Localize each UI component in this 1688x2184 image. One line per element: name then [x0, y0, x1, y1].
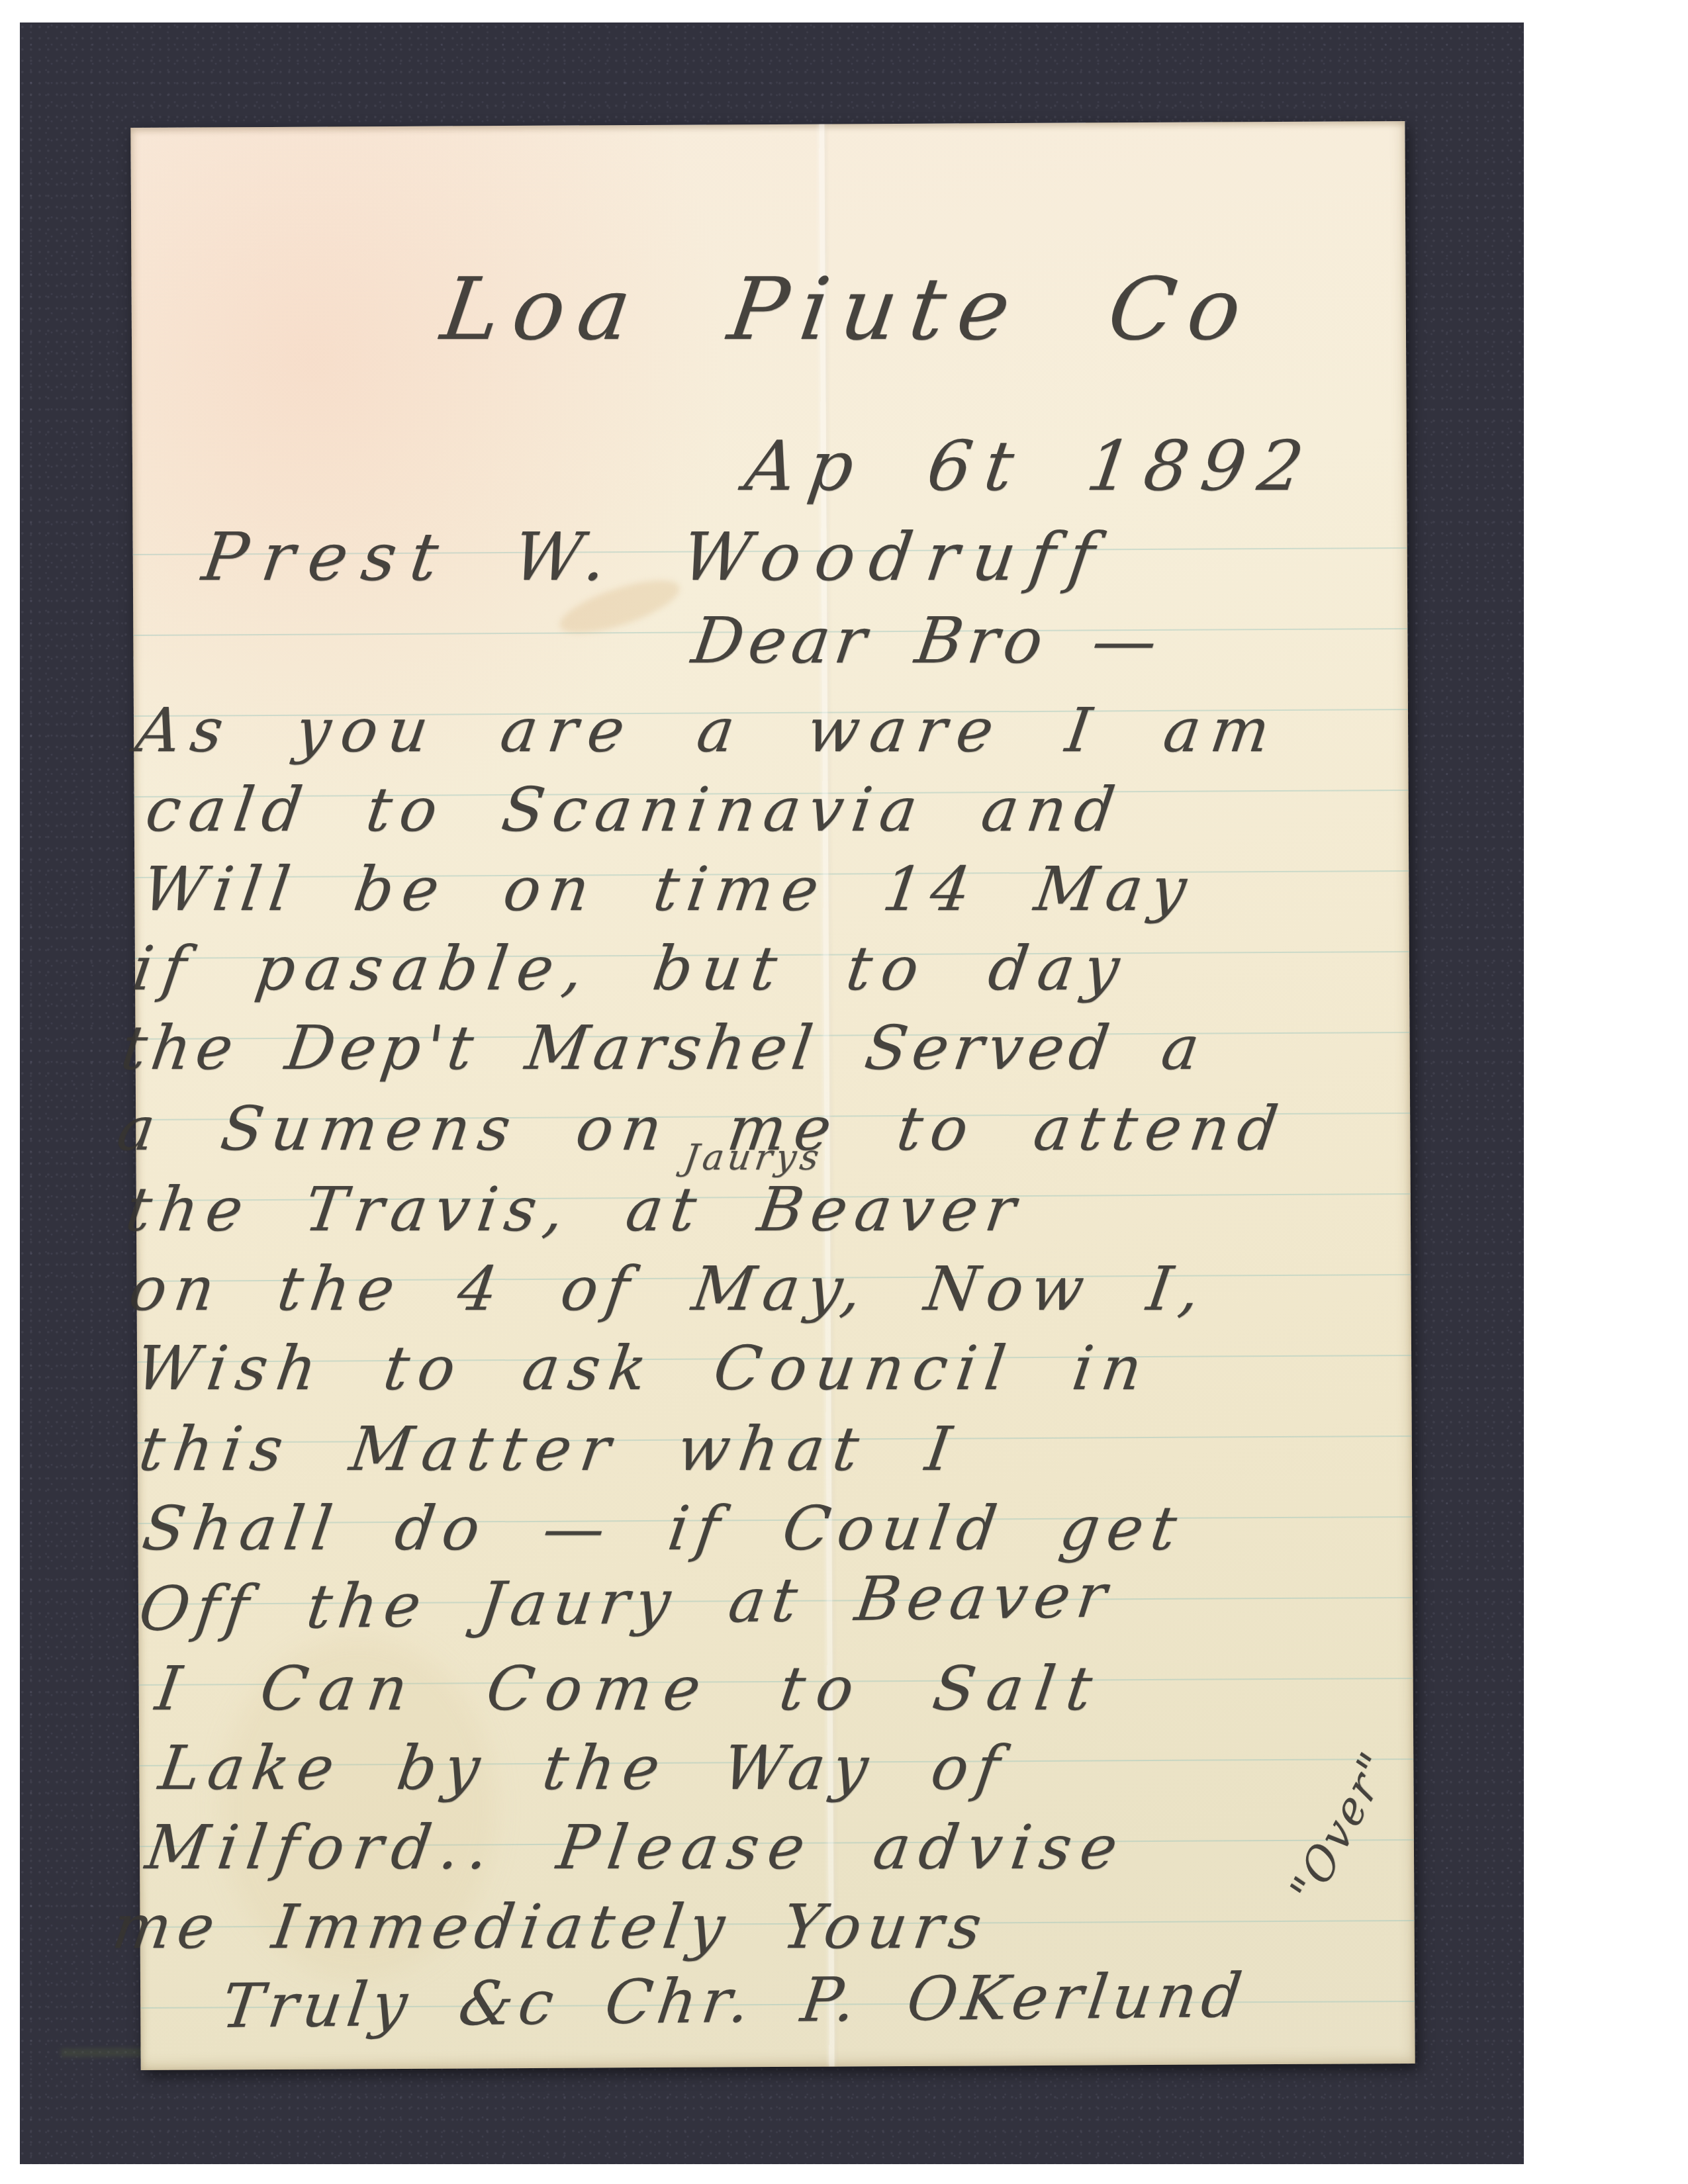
handwritten-body-line: I Can Come to Salt [152, 1659, 1107, 1719]
handwritten-place-heading: Loa Piute Co [437, 266, 1260, 352]
handwritten-body-line: Milford.. Please advise [142, 1817, 1130, 1878]
handwritten-body-line: Wish to ask Council in [132, 1338, 1154, 1399]
inserted-word-above-line: Jaurys [682, 1140, 825, 1175]
handwritten-body-line: Off the Jaury at Beaver [136, 1566, 1117, 1640]
handwritten-body-line: Will be on time 14 May [139, 859, 1199, 920]
handwritten-body-line: if pasable, but to day [129, 938, 1133, 999]
handwritten-recipient: Prest W. Woodruff [199, 524, 1113, 590]
handwritten-salutation: Dear Bro — [688, 609, 1166, 672]
scanned-letter-photograph: Loa Piute Co Ap 6t 1892 Prest W. Woodruf… [0, 0, 1688, 2184]
handwritten-body-line: this Matter what I [136, 1419, 964, 1480]
handwritten-body-line: Lake by the Way of [156, 1738, 1011, 1799]
handwritten-date: Ap 6t 1892 [741, 432, 1321, 500]
handwritten-body-line: the Travis, at Beaver [122, 1179, 1027, 1240]
handwritten-body-line: cald to Scaninavia and [142, 780, 1127, 841]
handwritten-body-line: Shall do — if Could get [139, 1498, 1188, 1559]
handwritten-body-line: me Immediately Yours [109, 1897, 992, 1958]
closing-signature-line: Truly &c Chr. P. OKerlund [218, 1966, 1250, 2037]
handwritten-body-line: the Dep't Marshel Served a [118, 1018, 1208, 1079]
handwritten-body-line: on the 4 of May, Now I, [126, 1259, 1211, 1320]
handwritten-body-line: As you are a ware I am [132, 700, 1284, 761]
